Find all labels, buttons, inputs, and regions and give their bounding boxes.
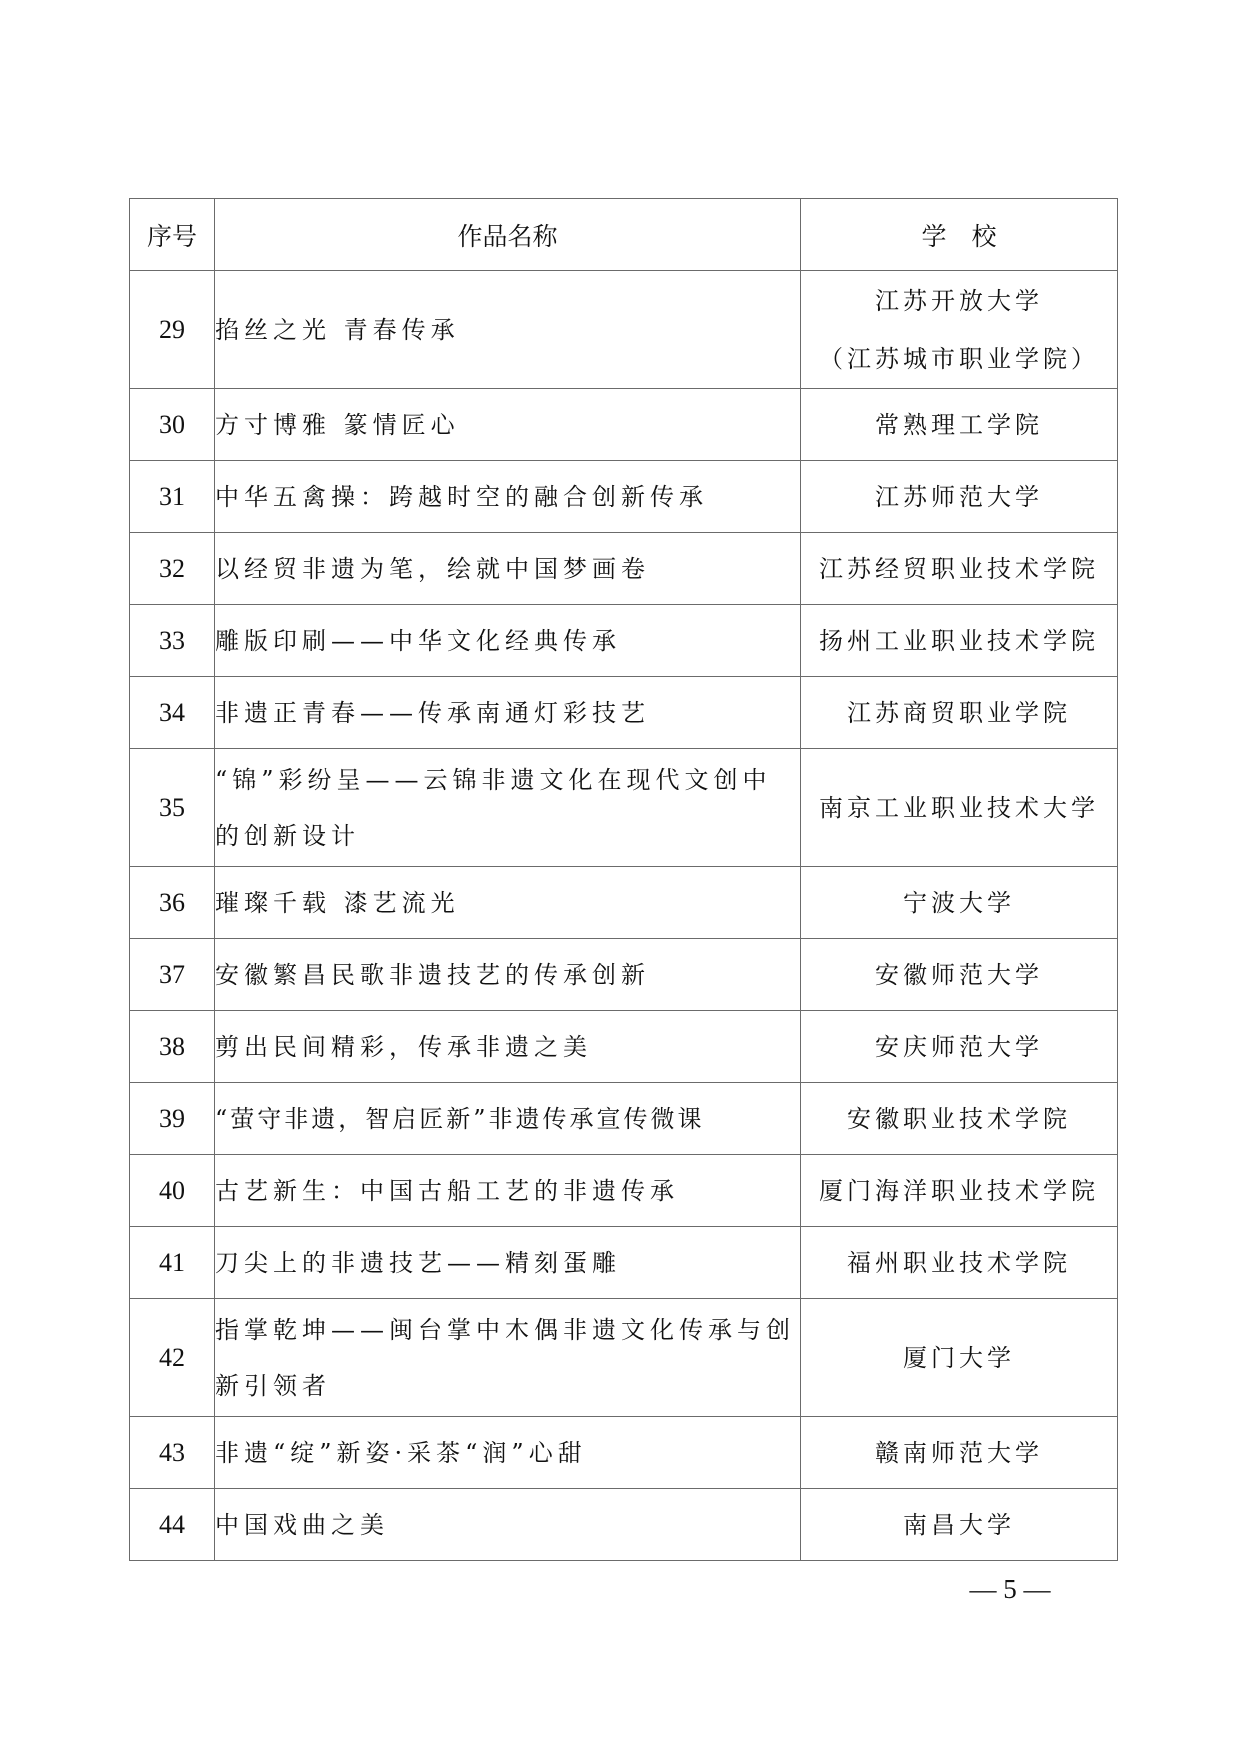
school-name: 江苏师范大学 xyxy=(801,461,1118,533)
serial-number: 38 xyxy=(130,1011,215,1083)
work-title: 中国戏曲之美 xyxy=(215,1489,801,1561)
work-title: 雕版印刷——中华文化经典传承 xyxy=(215,605,801,677)
school-name: 江苏经贸职业技术学院 xyxy=(801,533,1118,605)
serial-number: 34 xyxy=(130,677,215,749)
school-name: 福州职业技术学院 xyxy=(801,1227,1118,1299)
school-name: 常熟理工学院 xyxy=(801,389,1118,461)
document-page: 序号 作品名称 学 校 29 掐丝之光 青春传承 江苏开放大学 （江苏城市职业学… xyxy=(0,0,1241,1755)
work-title: 刀尖上的非遗技艺——精刻蛋雕 xyxy=(215,1227,801,1299)
work-title: 中华五禽操：跨越时空的融合创新传承 xyxy=(215,461,801,533)
serial-number: 41 xyxy=(130,1227,215,1299)
serial-number: 37 xyxy=(130,939,215,1011)
table-row: 42 指掌乾坤——闽台掌中木偶非遗文化传承与创新引领者 厦门大学 xyxy=(130,1299,1118,1417)
table-row: 29 掐丝之光 青春传承 江苏开放大学 （江苏城市职业学院） xyxy=(130,271,1118,389)
serial-number: 44 xyxy=(130,1489,215,1561)
table-row: 32 以经贸非遗为笔，绘就中国梦画卷 江苏经贸职业技术学院 xyxy=(130,533,1118,605)
table-row: 35 “锦”彩纷呈——云锦非遗文化在现代文创中的创新设计 南京工业职业技术大学 xyxy=(130,749,1118,867)
table-row: 43 非遗“绽”新姿·采茶“润”心甜 赣南师范大学 xyxy=(130,1417,1118,1489)
work-title: 剪出民间精彩，传承非遗之美 xyxy=(215,1011,801,1083)
table-header-row: 序号 作品名称 学 校 xyxy=(130,199,1118,271)
table-row: 41 刀尖上的非遗技艺——精刻蛋雕 福州职业技术学院 xyxy=(130,1227,1118,1299)
school-name: 南京工业职业技术大学 xyxy=(801,749,1118,867)
serial-number: 33 xyxy=(130,605,215,677)
table-row: 44 中国戏曲之美 南昌大学 xyxy=(130,1489,1118,1561)
school-name: 厦门大学 xyxy=(801,1299,1118,1417)
work-title: 指掌乾坤——闽台掌中木偶非遗文化传承与创新引领者 xyxy=(215,1299,801,1417)
table-row: 40 古艺新生：中国古船工艺的非遗传承 厦门海洋职业技术学院 xyxy=(130,1155,1118,1227)
table-row: 37 安徽繁昌民歌非遗技艺的传承创新 安徽师范大学 xyxy=(130,939,1118,1011)
table-row: 31 中华五禽操：跨越时空的融合创新传承 江苏师范大学 xyxy=(130,461,1118,533)
header-work-title: 作品名称 xyxy=(215,199,801,271)
work-title: 非遗正青春——传承南通灯彩技艺 xyxy=(215,677,801,749)
school-name: 扬州工业职业技术学院 xyxy=(801,605,1118,677)
work-title: 方寸博雅 篆情匠心 xyxy=(215,389,801,461)
table-row: 30 方寸博雅 篆情匠心 常熟理工学院 xyxy=(130,389,1118,461)
school-name: 安庆师范大学 xyxy=(801,1011,1118,1083)
work-title: 掐丝之光 青春传承 xyxy=(215,271,801,389)
serial-number: 36 xyxy=(130,867,215,939)
page-number: — 5 — xyxy=(940,1574,1080,1605)
work-title: 璀璨千载 漆艺流光 xyxy=(215,867,801,939)
header-school: 学 校 xyxy=(801,199,1118,271)
school-name: 赣南师范大学 xyxy=(801,1417,1118,1489)
school-name: 南昌大学 xyxy=(801,1489,1118,1561)
school-name: 江苏开放大学 （江苏城市职业学院） xyxy=(801,271,1118,389)
serial-number: 39 xyxy=(130,1083,215,1155)
work-title: 古艺新生：中国古船工艺的非遗传承 xyxy=(215,1155,801,1227)
serial-number: 30 xyxy=(130,389,215,461)
work-title: 非遗“绽”新姿·采茶“润”心甜 xyxy=(215,1417,801,1489)
work-title: 以经贸非遗为笔，绘就中国梦画卷 xyxy=(215,533,801,605)
serial-number: 35 xyxy=(130,749,215,867)
school-name-line: 江苏开放大学 xyxy=(801,272,1117,330)
serial-number: 31 xyxy=(130,461,215,533)
work-title: “锦”彩纷呈——云锦非遗文化在现代文创中的创新设计 xyxy=(215,749,801,867)
table-row: 39 “萤守非遗，智启匠新”非遗传承宣传微课 安徽职业技术学院 xyxy=(130,1083,1118,1155)
serial-number: 42 xyxy=(130,1299,215,1417)
work-title: “萤守非遗，智启匠新”非遗传承宣传微课 xyxy=(215,1083,801,1155)
school-name-line: （江苏城市职业学院） xyxy=(801,330,1117,388)
table-row: 34 非遗正青春——传承南通灯彩技艺 江苏商贸职业学院 xyxy=(130,677,1118,749)
serial-number: 29 xyxy=(130,271,215,389)
school-name: 安徽师范大学 xyxy=(801,939,1118,1011)
header-serial-number: 序号 xyxy=(130,199,215,271)
serial-number: 32 xyxy=(130,533,215,605)
work-title: 安徽繁昌民歌非遗技艺的传承创新 xyxy=(215,939,801,1011)
table-row: 36 璀璨千载 漆艺流光 宁波大学 xyxy=(130,867,1118,939)
table-row: 38 剪出民间精彩，传承非遗之美 安庆师范大学 xyxy=(130,1011,1118,1083)
table-row: 33 雕版印刷——中华文化经典传承 扬州工业职业技术学院 xyxy=(130,605,1118,677)
school-name: 安徽职业技术学院 xyxy=(801,1083,1118,1155)
school-name: 宁波大学 xyxy=(801,867,1118,939)
serial-number: 43 xyxy=(130,1417,215,1489)
school-name: 江苏商贸职业学院 xyxy=(801,677,1118,749)
award-list-table: 序号 作品名称 学 校 29 掐丝之光 青春传承 江苏开放大学 （江苏城市职业学… xyxy=(129,198,1118,1561)
serial-number: 40 xyxy=(130,1155,215,1227)
school-name: 厦门海洋职业技术学院 xyxy=(801,1155,1118,1227)
